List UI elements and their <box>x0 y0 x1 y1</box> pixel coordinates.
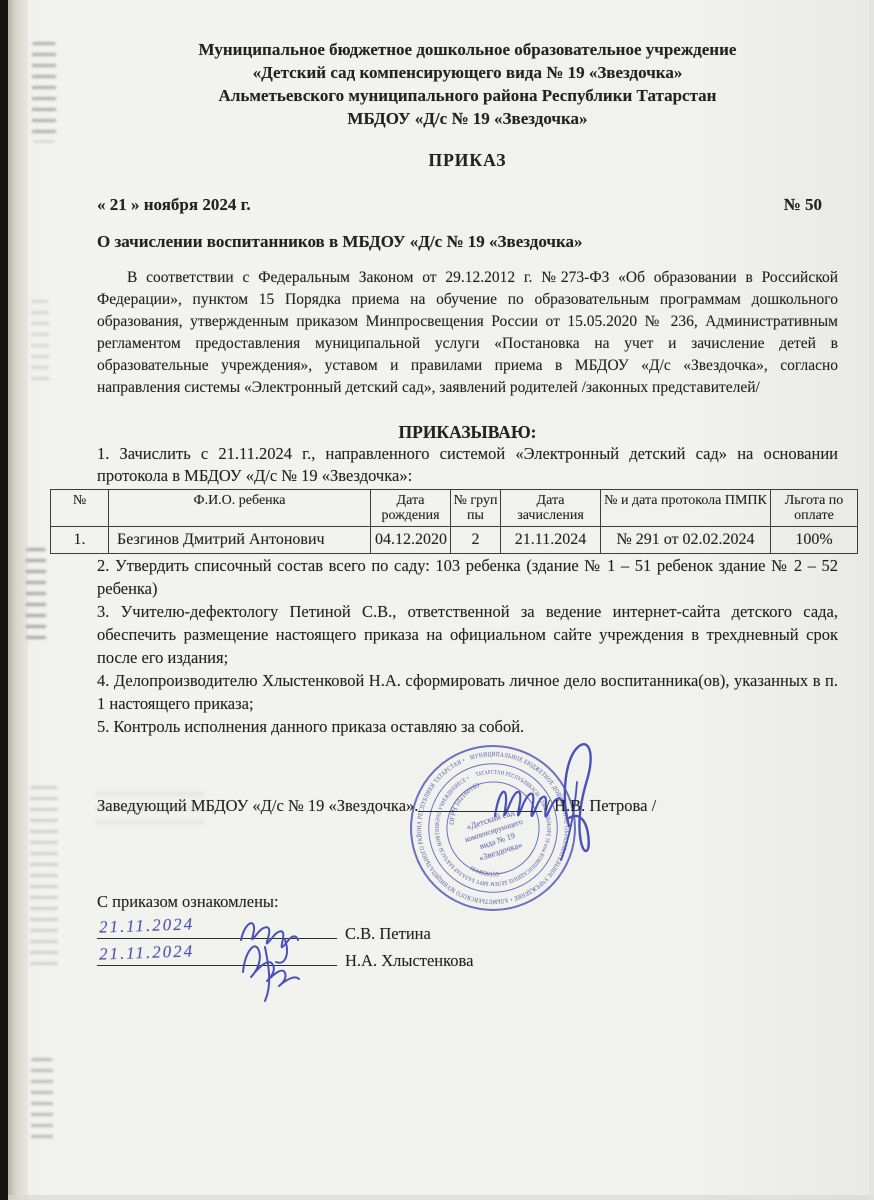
table-row: 1. Безгинов Дмитрий Антонович 04.12.2020… <box>51 527 858 554</box>
director-name: / Н.В. Петрова / <box>545 796 656 816</box>
cell-enroll-date: 21.11.2024 <box>501 527 601 554</box>
acknowledgment-row: 21.11.2024 С.В. Петина <box>97 914 838 941</box>
col-header-group: № группы <box>451 490 501 527</box>
col-header-number: № <box>51 490 109 527</box>
acknowledgment-name: С.В. Петина <box>345 924 431 944</box>
col-header-child-name: Ф.И.О. ребенка <box>109 490 371 527</box>
col-header-benefit: Льгота по оплате <box>771 490 858 527</box>
acknowledgment-name: Н.А. Хлыстенкова <box>345 951 473 971</box>
cell-protocol: № 291 от 02.02.2024 <box>601 527 771 554</box>
khlystenkova-signature <box>235 927 330 1005</box>
col-header-enroll-date: Дата зачисления <box>501 490 601 527</box>
document-type-title: ПРИКАЗ <box>97 150 838 171</box>
cell-birth-date: 04.12.2020 <box>371 527 451 554</box>
org-header-line: «Детский сад компенсирующего вида № 19 «… <box>97 61 838 84</box>
order-item-4: 4. Делопроизводителю Хлыстенковой Н.А. с… <box>97 669 838 715</box>
table-header-row: № Ф.И.О. ребенка Дата рождения № группы … <box>51 490 858 527</box>
order-item-1: 1. Зачислить с 21.11.2024 г., направленн… <box>97 443 838 487</box>
cell-number: 1. <box>51 527 109 554</box>
org-header-line: Альметьевского муниципального района Рес… <box>97 84 838 107</box>
date-and-number-row: « 21 » ноября 2024 г. № 50 <box>97 195 838 215</box>
order-subject: О зачислении воспитанников в МБДОУ «Д/с … <box>97 232 838 252</box>
handwritten-date: 21.11.2024 <box>99 914 195 937</box>
director-signature-row: Заведующий МБДОУ «Д/с № 19 «Звездочка». … <box>97 796 838 816</box>
margin-smudge <box>31 1058 53 1140</box>
resolution-heading: ПРИКАЗЫВАЮ: <box>97 422 838 443</box>
order-date: « 21 » ноября 2024 г. <box>97 195 251 215</box>
cell-benefit: 100% <box>771 527 858 554</box>
col-header-birth-date: Дата рождения <box>371 490 451 527</box>
signature-section: МУНИЦИПАЛЬНОЕ БЮДЖЕТНОЕ ДОШКОЛЬНОЕ ОБРАЗ… <box>97 740 838 888</box>
order-item-2: 2. Утвердить списочный состав всего по с… <box>97 554 838 600</box>
signature-line <box>418 811 542 812</box>
organization-header: Муниципальное бюджетное дошкольное образ… <box>97 38 838 130</box>
scanned-order-page: Муниципальное бюджетное дошкольное образ… <box>0 0 874 1200</box>
enrollment-table: № Ф.И.О. ребенка Дата рождения № группы … <box>50 489 858 554</box>
org-header-line: Муниципальное бюджетное дошкольное образ… <box>97 38 838 61</box>
order-item-5: 5. Контроль исполнения данного приказа о… <box>97 715 838 738</box>
director-position-label: Заведующий МБДОУ «Д/с № 19 «Звездочка». <box>97 796 418 816</box>
acknowledgment-sign-line: 21.11.2024 <box>97 941 337 966</box>
cell-group: 2 <box>451 527 501 554</box>
col-header-protocol: № и дата протокола ПМПК <box>601 490 771 527</box>
cell-child-name: Безгинов Дмитрий Антонович <box>109 527 371 554</box>
paper-edge-bottom <box>8 1195 874 1200</box>
acknowledgment-row: 21.11.2024 Н.А. Хлыстенкова <box>97 941 838 968</box>
order-item-3: 3. Учителю-дефектологу Петиной С.В., отв… <box>97 600 838 669</box>
order-preamble: В соответствии с Федеральным Законом от … <box>97 267 838 399</box>
org-header-line: МБДОУ «Д/с № 19 «Звездочка» <box>97 107 838 130</box>
order-items: 2. Утвердить списочный состав всего по с… <box>97 554 838 738</box>
order-number: № 50 <box>784 195 822 215</box>
handwritten-date: 21.11.2024 <box>99 941 195 964</box>
